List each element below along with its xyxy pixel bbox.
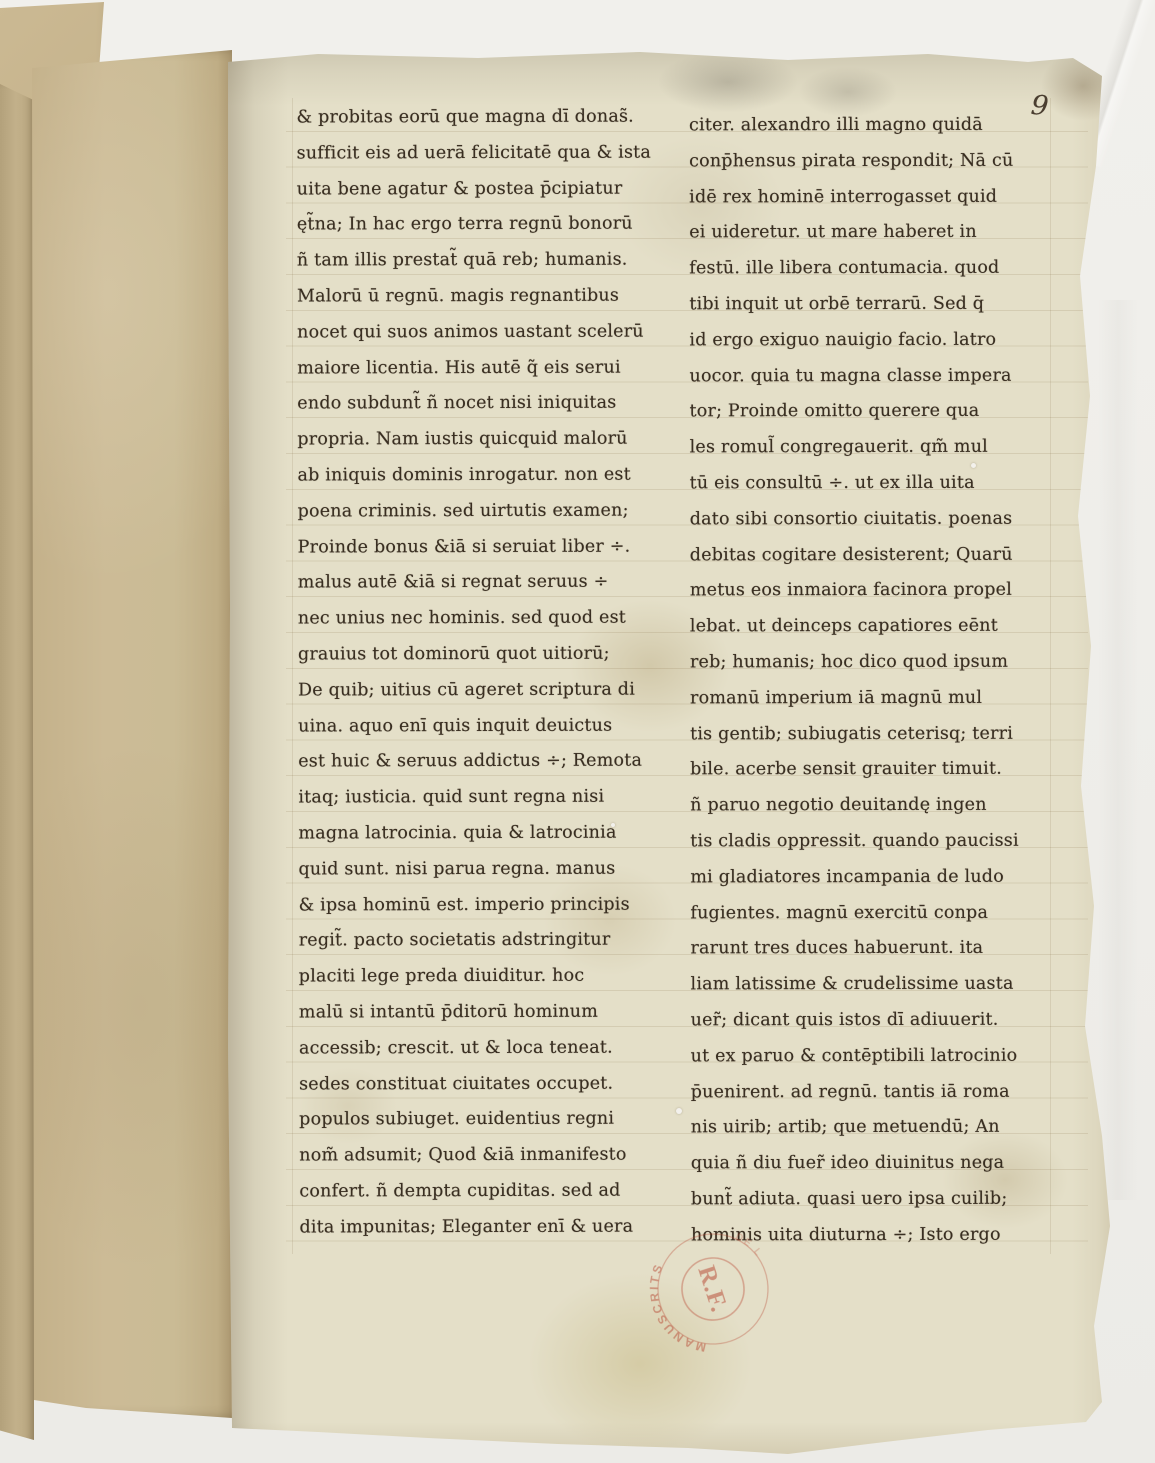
text-line: & probitas eorū que magna dī donas̃.	[297, 100, 657, 137]
text-line: liam latissime & crudelissime uasta	[691, 967, 1051, 1003]
text-line: rarunt tres duces habuerunt. ita	[690, 931, 1050, 967]
tan-flyleaf-page	[26, 48, 232, 1418]
text-line: tū eis consultū ÷. ut ex illa uita	[690, 466, 1050, 502]
text-line: confert. ñ dempta cupiditas. sed ad	[299, 1173, 659, 1210]
text-line: sedes constituat ciuitates occupet.	[299, 1066, 659, 1103]
parchment-hole	[971, 463, 976, 468]
text-line: reb; humanis; hoc dico quod ipsum	[690, 645, 1050, 681]
text-line: tis cladis oppressit. quando paucissi	[690, 824, 1050, 860]
text-line: les romul̃ congregauerit. qm̃ mul	[690, 430, 1050, 466]
parchment-hole	[676, 1108, 682, 1114]
text-line: ab iniquis dominis inrogatur. non est	[297, 457, 657, 494]
text-line: conp̄hensus pirata respondit; Nā cū	[689, 143, 1049, 179]
text-line: idē rex hominē interrogasset quid	[689, 179, 1049, 215]
parchment-hole	[611, 823, 615, 827]
text-line: festū. ille libera contumacia. quod	[689, 251, 1049, 287]
book-page-edge	[0, 84, 34, 1440]
text-line: ęt̃na; In hac ergo terra regnū bonorū	[297, 207, 657, 244]
manuscript-scan: & probitas eorū que magna dī donas̃.suff…	[0, 0, 1155, 1463]
parchment-leaf: & probitas eorū que magna dī donas̃.suff…	[228, 46, 1120, 1458]
text-line: grauius tot dominorū quot uitiorū;	[298, 636, 658, 673]
text-line: ñ paruo negotio deuitandę ingen	[690, 788, 1050, 824]
text-line: bunt̃ adiuta. quasi uero ipsa cuilib;	[691, 1182, 1051, 1218]
text-line: debitas cogitare desisterent; Quarū	[690, 537, 1050, 573]
text-line: tis gentib; subiugatis ceterisq; terri	[690, 716, 1050, 752]
text-line: nis uirib; artib; que metuendū; An	[691, 1110, 1051, 1146]
text-line: tibi inquit ut orbē terrarū. Sed q̄	[689, 287, 1049, 323]
text-line: ei uideretur. ut mare haberet in	[689, 215, 1049, 251]
text-line: regit̃. pacto societatis adstringitur	[299, 923, 659, 960]
text-line: malū si intantū p̄ditorū hominum	[299, 994, 659, 1031]
text-line: Proinde bonus &iā si seruiat liber ÷.	[298, 529, 658, 566]
text-line: accessib; crescit. ut & loca teneat.	[299, 1030, 659, 1067]
stamp-ring-text-right: DE L	[732, 1228, 765, 1262]
text-line: ut ex paruo & contēptibili latrocinio	[691, 1038, 1051, 1074]
text-line: uita bene agatur & postea p̄cipiatur	[297, 171, 657, 208]
backing-sheet-shading	[1098, 300, 1138, 1200]
text-line: est huic & seruus addictus ÷; Remota	[298, 744, 658, 781]
stamp-center-text: R.F.	[692, 1262, 732, 1316]
text-line: ñ tam illis prestat̃ quā reb; humanis.	[297, 243, 657, 280]
text-line: metus eos inmaiora facinora propel	[690, 573, 1050, 609]
text-line: uer̃; dicant quis istos dī adiuuerit.	[691, 1003, 1051, 1039]
text-line: placiti lege preda diuiditur. hoc	[299, 959, 659, 996]
text-line: nocet qui suos animos uastant scelerū	[297, 314, 657, 351]
text-line: nom̃ adsumit; Quod &iā inmanifesto	[299, 1138, 659, 1175]
text-line: dita impunitas; Eleganter enī & uera	[299, 1209, 659, 1246]
text-line: De quib; uitius cū ageret scriptura di	[298, 672, 658, 709]
text-line: p̄uenirent. ad regnū. tantis iā roma	[691, 1074, 1051, 1110]
text-line: itaq; iusticia. quid sunt regna nisi	[298, 780, 658, 817]
text-line: sufficit eis ad uerā felicitatē qua & is…	[297, 135, 657, 172]
text-line: & ipsa hominū est. imperio principis	[299, 887, 659, 924]
text-line: romanū imperium iā magnū mul	[690, 680, 1050, 716]
text-line: propria. Nam iustis quicquid malorū	[297, 422, 657, 459]
text-column-right: citer. alexandro illi magno quidāconp̄he…	[689, 108, 1051, 1254]
text-line: fugientes. magnū exercitū conpa	[690, 895, 1050, 931]
folio-number: 9	[1030, 92, 1077, 123]
text-column-left: & probitas eorū que magna dī donas̃.suff…	[297, 100, 660, 1246]
text-line: Malorū ū regnū. magis regnantibus	[297, 279, 657, 316]
text-line: mi gladiatores incampania de ludo	[690, 859, 1050, 895]
text-line: id ergo exiguo nauigio facio. latro	[689, 322, 1049, 358]
text-line: tor; Proinde omitto querere qua	[690, 394, 1050, 430]
text-line: quid sunt. nisi parua regna. manus	[298, 851, 658, 888]
text-line: maiore licentia. His autē q̃ eis serui	[297, 350, 657, 387]
text-line: lebat. ut deinceps capatiores eēnt	[690, 609, 1050, 645]
text-line: nec unius nec hominis. sed quod est	[298, 601, 658, 638]
text-line: quia ñ diu fuer̃ ideo diuinitus nega	[691, 1146, 1051, 1182]
text-line: endo subdunt̃ ñ nocet nisi iniquitas	[297, 386, 657, 423]
text-line: uocor. quia tu magna classe impera	[689, 358, 1049, 394]
text-line: citer. alexandro illi magno quidā	[689, 108, 1049, 144]
text-line: poena criminis. sed uirtutis examen;	[298, 493, 658, 530]
text-line: uina. aquo enī quis inquit deuictus	[298, 708, 658, 745]
text-line: bile. acerbe sensit grauiter timuit.	[690, 752, 1050, 788]
library-stamp: MANUSCRITS DE L R.F.	[642, 1218, 784, 1360]
left-margin-rule	[292, 98, 293, 1254]
text-line: dato sibi consortio ciuitatis. poenas	[690, 501, 1050, 537]
text-line: populos subiuget. euidentius regni	[299, 1102, 659, 1139]
text-line: magna latrocinia. quia & latrocinia	[298, 815, 658, 852]
text-line: malus autē &iā si regnat seruus ÷	[298, 565, 658, 602]
